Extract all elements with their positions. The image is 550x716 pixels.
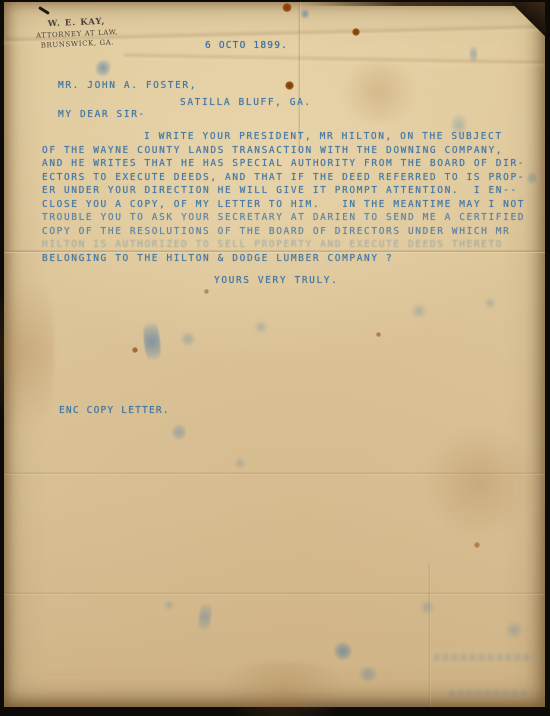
rust-spot xyxy=(376,332,381,337)
body-line: TROUBLE YOU TO ASK YOUR SECRETARY AT DAR… xyxy=(42,211,525,225)
ink-smudge xyxy=(179,332,197,346)
rust-spot xyxy=(352,28,360,36)
fold-crease-horizontal xyxy=(4,592,545,595)
rust-spot xyxy=(132,347,138,353)
age-stain xyxy=(424,422,534,542)
ink-smudge xyxy=(484,297,496,309)
body-line: AND HE WRITES THAT HE HAS SPECIAL AUTHOR… xyxy=(42,157,525,171)
ink-smudge xyxy=(412,302,426,320)
paper-top-edge xyxy=(304,2,545,6)
age-stain xyxy=(334,62,424,122)
date-line: 6 OCTO 1899. xyxy=(205,40,288,51)
torn-corner xyxy=(503,2,545,40)
age-stain xyxy=(0,252,54,452)
age-stain xyxy=(204,662,364,716)
rust-spot xyxy=(285,81,294,90)
body-line: CLOSE YOU A COPY, OF MY LETTER TO HIM. I… xyxy=(42,198,525,212)
letter-page: W. E. KAY, ATTORNEY AT LAW, BRUNSWICK, G… xyxy=(4,2,545,707)
ink-smudge xyxy=(172,422,186,442)
body-line: COPY OF THE RESOLUTIONS OF THE BOARD OF … xyxy=(42,225,525,239)
closing-line: YOURS VERY TRULY. xyxy=(214,275,338,286)
fold-crease-vertical xyxy=(428,562,431,707)
ink-smudge xyxy=(504,622,524,638)
bleed-through-text xyxy=(449,690,531,696)
ink-smudge xyxy=(419,600,435,614)
ink-smudge xyxy=(356,667,380,681)
ink-smudge xyxy=(234,457,246,469)
ink-smudge xyxy=(334,640,352,662)
ink-smudge xyxy=(141,313,163,369)
ink-smudge xyxy=(254,320,268,334)
rust-spot xyxy=(204,289,209,294)
rust-spot xyxy=(474,542,480,548)
salutation: MY DEAR SIR- xyxy=(58,109,146,120)
body-line: HILTON IS AUTHORIZED TO SELL PROPERTY AN… xyxy=(42,238,525,252)
letterhead: W. E. KAY, ATTORNEY AT LAW, BRUNSWICK, G… xyxy=(21,16,132,51)
ink-smudge xyxy=(196,596,213,637)
body-line: I WRITE YOUR PRESIDENT, MR HILTON, ON TH… xyxy=(42,130,525,144)
bleed-through-text xyxy=(434,654,534,661)
letter-body: I WRITE YOUR PRESIDENT, MR HILTON, ON TH… xyxy=(42,130,525,265)
recipient-name: MR. JOHN A. FOSTER, xyxy=(58,80,197,91)
ink-smudge xyxy=(470,42,477,66)
ink-smudge xyxy=(93,55,113,80)
body-line: ECTORS TO EXECUTE DEEDS, AND THAT IF THE… xyxy=(42,171,525,185)
ink-smudge xyxy=(527,170,537,186)
ink-smudge xyxy=(301,8,309,20)
enclosure-note: ENC COPY LETTER. xyxy=(59,405,170,416)
fold-crease-horizontal xyxy=(4,472,545,475)
body-line: OF THE WAYNE COUNTY LANDS TRANSACTION WI… xyxy=(42,144,525,158)
pen-mark xyxy=(38,6,50,15)
wrinkle-shadow xyxy=(124,52,544,66)
rust-spot xyxy=(282,3,292,12)
body-line: ER UNDER YOUR DIRECTION HE WILL GIVE IT … xyxy=(42,184,525,198)
body-line: BELONGING TO THE HILTON & DODGE LUMBER C… xyxy=(42,252,525,266)
recipient-place: SATILLA BLUFF, GA. xyxy=(180,97,312,108)
bleed-through-text xyxy=(304,702,424,708)
ink-smudge xyxy=(164,600,174,610)
